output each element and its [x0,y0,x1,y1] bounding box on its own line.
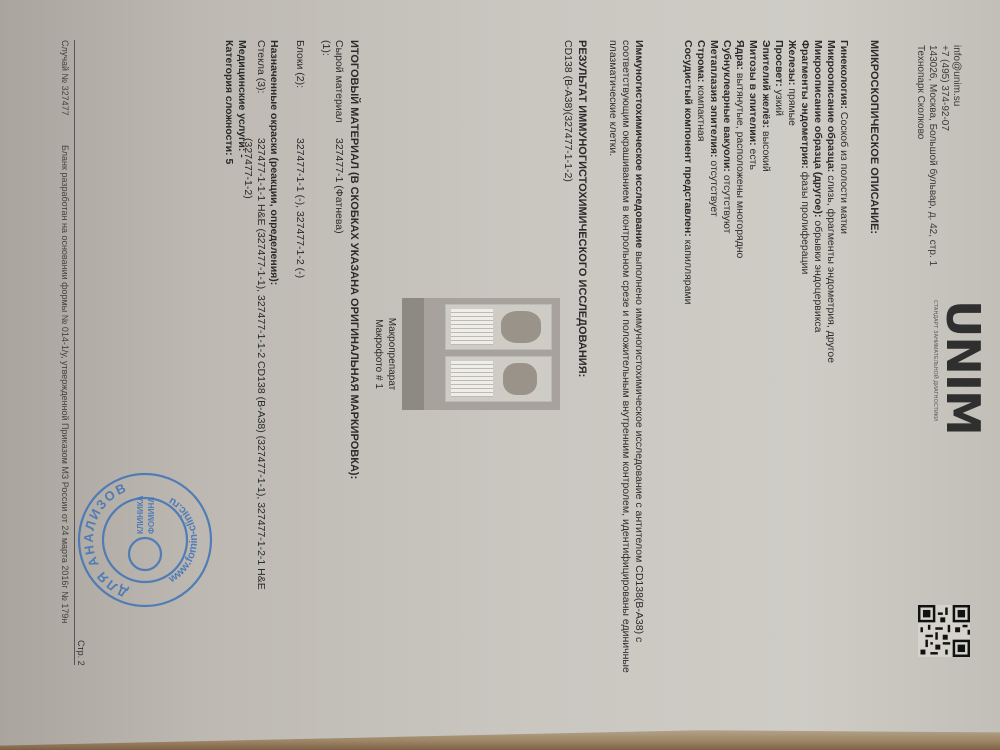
contact-email: info@unim.su [950,45,962,266]
case-number: Случай № 327477 [60,40,70,116]
final-material-rows: Сырой материал (1):327477-1 (Фатнева) Бл… [241,40,345,590]
contact-location: Технопарк Сколково [914,45,926,266]
microscopy-title: МИКРОСКОПИЧЕСКОЕ ОПИСАНИЕ: [868,40,880,234]
macro-photo [402,298,560,410]
qr-code-icon [918,605,970,657]
ihc-result-title: РЕЗУЛЬТАТ ИММУНОГИСТОХИМИЧЕСКОГО ИССЛЕДО… [576,40,588,377]
form-note: Бланк разработан на основании формы № 01… [60,145,70,623]
slides-value-1: 327477-1-1-1 H&E (327477-1-1), 327477-1-… [254,138,267,590]
micro-item: Эпителий желёз: высокий [759,40,772,363]
contact-block: info@unim.su +7 (495) 374-92-07 143026, … [914,45,962,266]
blocks-label: Блоки (2): [293,40,306,138]
micro-item: Ядра: вытянутые, расположены многорядно [733,40,746,363]
raw-label: Сырой материал (1): [319,40,345,138]
contact-address: 143026, Москва, Большой бульвар, д. 42, … [926,45,938,266]
unim-logo: UNIM СТАНДАРТ ЗАНИМАТЕЛЬНОЙ ДИАГНОСТИКИ [908,300,988,420]
contact-phone: +7 (495) 374-92-07 [938,45,950,266]
stamp-top-text: ДЛЯ АНАЛИЗОВ [81,479,130,600]
logo-subtitle: СТАНДАРТ ЗАНИМАТЕЛЬНОЙ ДИАГНОСТИКИ [932,300,938,420]
micro-item: Сосудистый компонент представлен: капилл… [681,40,694,363]
blocks-value: 327477-1-1 (-), 327477-1-2 (-) [293,138,306,278]
final-material-title: ИТОГОВЫЙ МАТЕРИАЛ (В СКОБКАХ УКАЗАНА ОРИ… [348,40,360,479]
svg-text:ДЛЯ АНАЛИЗОВ: ДЛЯ АНАЛИЗОВ [81,479,130,600]
micro-item: Метаплазия эпителия: отсутствует [707,40,720,363]
photo-caption-1: Макропрепарат [386,298,397,410]
micro-item: Железы: прямые [785,40,798,363]
slides-label: Стекла (3): [254,40,267,138]
micro-item: Гинекология: Соскоб из полости матки [837,40,850,363]
micro-item: Просвет: узкий [772,40,785,363]
complexity-category: Категория сложности: 5 [222,40,235,164]
ihc-label: Иммуногистохимическое исследование [633,40,645,248]
micro-item: Фрагменты эндометрия: фазы пролиферации [798,40,811,363]
raw-value: 327477-1 (Фатнева) [319,138,345,234]
services-block: Медицинские услуги: - Категория сложност… [222,40,248,164]
stains-label: Назначенные окраски (реакции, определени… [267,40,280,285]
ihc-result-line: CD138 (B-A38)(327477-1-1-2) [562,40,574,182]
ihc-description: Иммуногистохимическое исследование выпол… [606,40,645,700]
stamp-center-2: ФОМИНА [147,497,156,534]
page-number: Стр. 2 [76,640,86,666]
stamp-center-1: КЛИНИКА [136,495,145,534]
slide-image [445,304,552,350]
microscopy-items: Гинекология: Соскоб из полости матки Мик… [681,40,850,363]
photo-caption-2: Макрофото # 1 [373,298,384,410]
micro-item: Митозы в эпителии: есть [746,40,759,363]
slide-image [445,356,552,402]
document-page: info@unim.su +7 (495) 374-92-07 143026, … [0,0,1000,750]
logo-text: UNIM [938,300,988,420]
micro-item: Субнуклеарные вакуоли: отсутствуют [720,40,733,363]
footer-divider [74,40,75,665]
micro-item: Микроописание образца (другое): обрывки … [811,40,824,363]
micro-item: Строма: компактная [694,40,707,363]
medical-services: Медицинские услуги: - [235,40,248,164]
clinic-stamp: ДЛЯ АНАЛИЗОВ www.fomin-clinic.ru КЛИНИКА… [75,470,215,610]
micro-item: Микроописание образца: слизь, фрагменты … [824,40,837,363]
ruler [402,298,424,410]
